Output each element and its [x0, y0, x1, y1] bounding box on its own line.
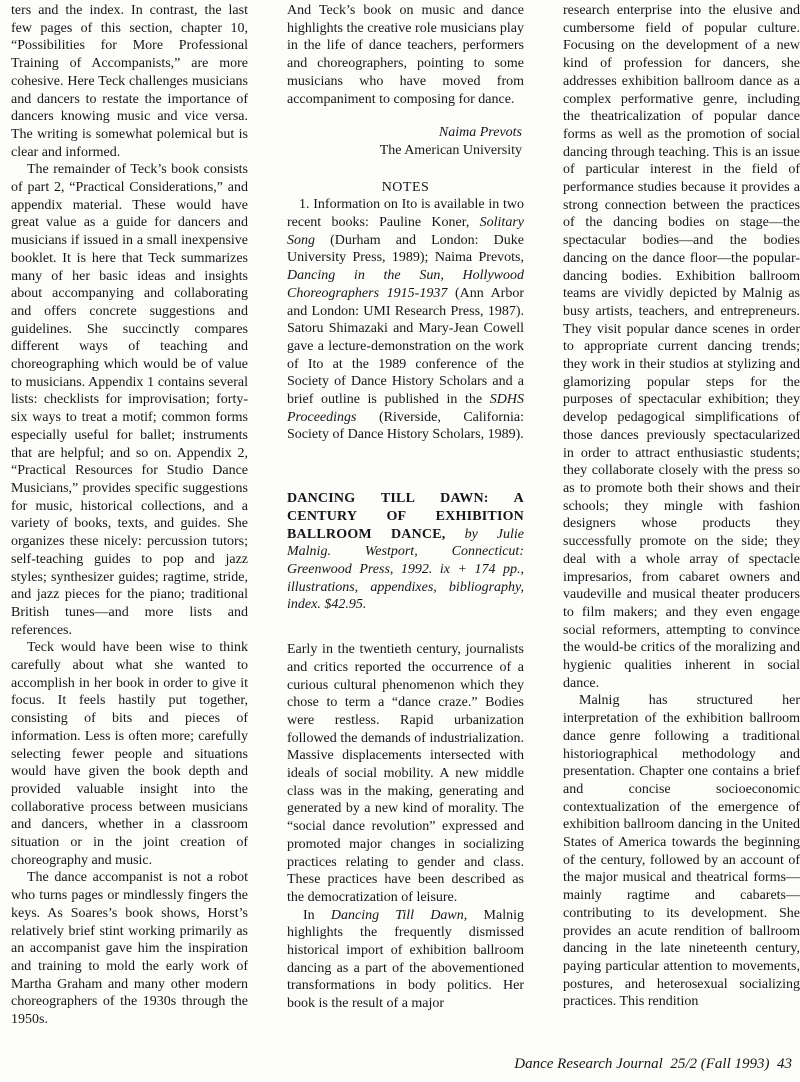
three-column-layout: ters and the index. In contrast, the las… [11, 2, 797, 1029]
column-3: research enterprise into the elusive and… [563, 2, 800, 1029]
endnote-1: 1. Information on Ito is available in tw… [287, 196, 524, 444]
paragraph: The remainder of Teck’s book consists of… [11, 161, 248, 639]
note-text: (Durham and London: Duke University Pres… [287, 233, 524, 266]
column-2: And Teck’s book on music and dance highl… [287, 2, 524, 1029]
book-title: Dancing Till Dawn [331, 908, 464, 923]
reviewer-affiliation: The American University [287, 142, 522, 160]
notes-heading: NOTES [287, 179, 524, 197]
journal-page: ters and the index. In contrast, the las… [0, 0, 800, 1082]
paragraph-continuation: research enterprise into the elusive and… [563, 2, 800, 692]
paragraph-text: , Malnig highlights the frequently dismi… [287, 908, 524, 1012]
reviewer-name: Naima Prevots [287, 124, 522, 142]
column-1: ters and the index. In contrast, the las… [11, 2, 248, 1029]
paragraph: Teck would have been wise to think caref… [11, 639, 248, 869]
paragraph-text: In [303, 908, 331, 923]
paragraph: In Dancing Till Dawn, Malnig highlights … [287, 907, 524, 1013]
paragraph-continuation: And Teck’s book on music and dance highl… [287, 2, 524, 108]
journal-footer: Dance Research Journal 25/2 (Fall 1993) … [514, 1056, 792, 1074]
paragraph-continuation: ters and the index. In contrast, the las… [11, 2, 248, 161]
paragraph: Early in the twentieth century, journali… [287, 641, 524, 907]
note-text: (Ann Arbor and London: UMI Research Pres… [287, 286, 524, 407]
review-heading: DANCING TILL DAWN: A CENTURY OF EXHIBITI… [287, 490, 524, 614]
paragraph: Malnig has structured her interpretation… [563, 692, 800, 1011]
paragraph: The dance accompanist is not a robot who… [11, 869, 248, 1028]
review-signature: Naima Prevots The American University [287, 124, 524, 159]
